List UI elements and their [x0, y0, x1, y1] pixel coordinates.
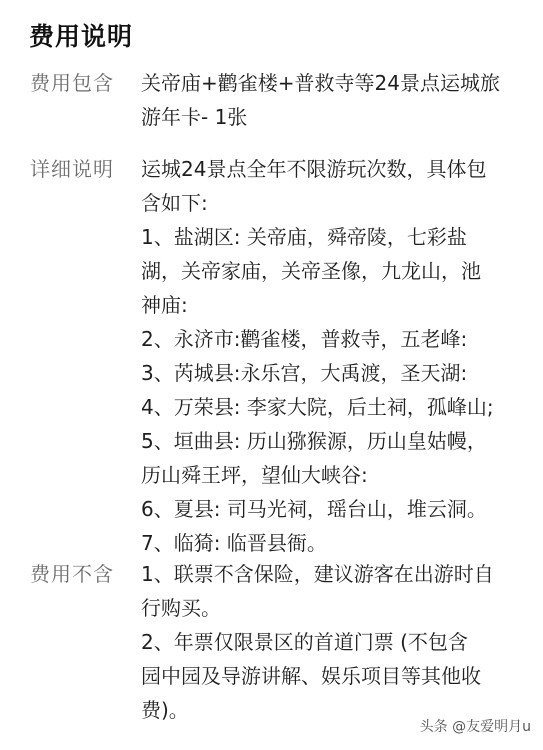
content-line: 1、盐湖区: 关帝庙，舜帝陵，七彩盐	[141, 220, 501, 254]
watermark: 头条 @友爱明月u	[420, 718, 531, 736]
content-line: 湖，关帝家庙，关帝圣像，九龙山，池	[141, 254, 501, 288]
section-label: 详细说明	[30, 152, 114, 186]
content-line: 行购买。	[141, 591, 501, 625]
content-line: 2、永济市:鹳雀楼，普救寺，五老峰:	[141, 322, 501, 356]
content-line: 运城24景点全年不限游玩次数，具体包	[141, 152, 501, 186]
section-label: 费用不含	[30, 557, 114, 591]
section-content: 运城24景点全年不限游玩次数，具体包 含如下: 1、盐湖区: 关帝庙，舜帝陵，七…	[141, 152, 501, 560]
content-line: 游年卡- 1张	[141, 100, 501, 134]
section-content: 关帝庙+鹳雀楼+普救寺等24景点运城旅 游年卡- 1张	[141, 66, 501, 134]
content-line: 3、芮城县:永乐宫，大禹渡，圣天湖:	[141, 356, 501, 390]
content-line: 6、夏县: 司马光祠，瑶台山，堆云洞。	[141, 492, 501, 526]
content-line: 4、万荣县: 李家大院，后土祠，孤峰山;	[141, 390, 501, 424]
content-line: 历山舜王坪，望仙大峡谷:	[141, 458, 501, 492]
content-line: 园中园及导游讲解、娱乐项目等其他收	[141, 659, 501, 693]
content-line: 含如下:	[141, 186, 501, 220]
page-title: 费用说明	[29, 20, 133, 54]
content-line: 5、垣曲县: 历山猕猴源，历山皇姑幔，	[141, 424, 501, 458]
content-line: 1、联票不含保险，建议游客在出游时自	[141, 557, 501, 591]
content-line: 关帝庙+鹳雀楼+普救寺等24景点运城旅	[141, 66, 501, 100]
content-line: 2、年票仅限景区的首道门票 (不包含	[141, 625, 501, 659]
content-line: 7、临猗: 临晋县衙。	[141, 526, 501, 560]
section-content: 1、联票不含保险，建议游客在出游时自 行购买。 2、年票仅限景区的首道门票 (不…	[141, 557, 501, 727]
content-line: 神庙:	[141, 288, 501, 322]
section-label: 费用包含	[30, 66, 114, 100]
